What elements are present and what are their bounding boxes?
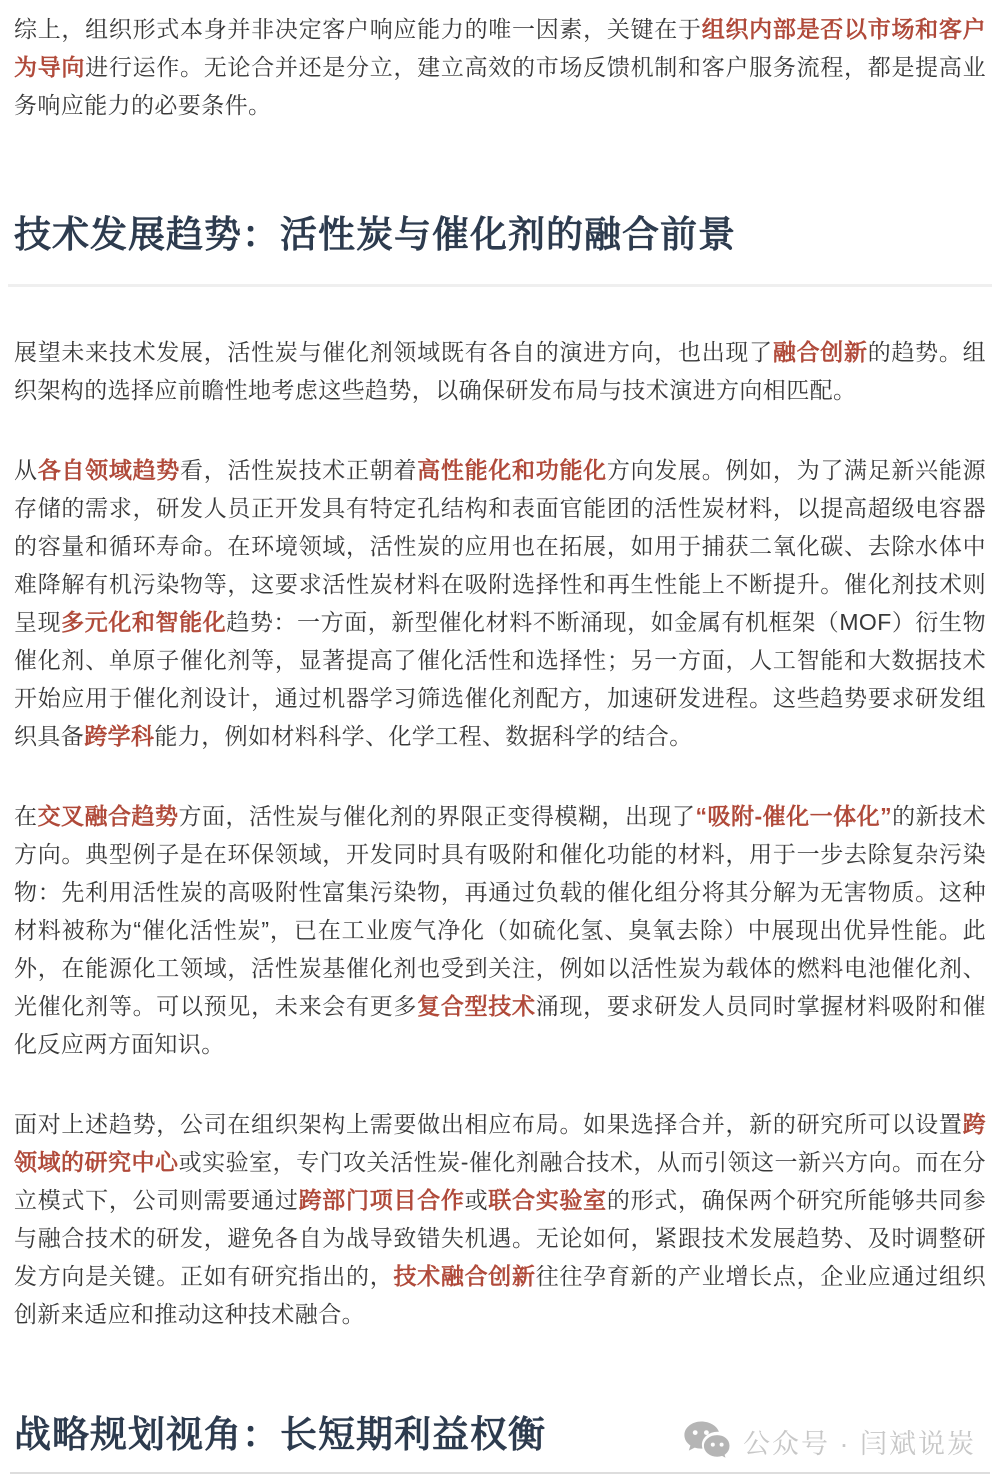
- article-page: 综上，组织形式本身并非决定客户响应能力的唯一因素，关键在于组织内部是否以市场和客…: [0, 0, 1000, 1474]
- paragraph-org-layout: 面对上述趋势，公司在组织架构上需要做出相应布局。如果选择合并，新的研究所可以设置…: [14, 1105, 986, 1333]
- section-heading-strategy: 战略规划视角：长短期利益权衡: [14, 1412, 546, 1458]
- highlighted-text: 融合创新: [773, 339, 868, 365]
- watermark-label: 公众号 · 闫斌说炭: [743, 1422, 976, 1461]
- highlighted-text: “吸附-催化一体化”: [695, 803, 892, 829]
- paragraph-summary: 综上，组织形式本身并非决定客户响应能力的唯一因素，关键在于组织内部是否以市场和客…: [14, 10, 986, 124]
- highlighted-text: 跨学科: [84, 723, 154, 749]
- wechat-icon: [683, 1420, 731, 1462]
- body-text: 或: [465, 1187, 489, 1213]
- body-text: 能力，例如材料科学、化学工程、数据科学的结合。: [154, 723, 692, 749]
- highlighted-text: 多元化和智能化: [61, 609, 226, 635]
- body-text: 在: [14, 803, 38, 829]
- body-text: 展望未来技术发展，活性炭与催化剂领域既有各自的演进方向，也出现了: [14, 339, 773, 365]
- body-text: 的新技术方向。典型例子是在环保领域，开发同时具有吸附和催化功能的材料，用于一步去…: [14, 803, 986, 1019]
- body-text: 方面，活性炭与催化剂的界限正变得模糊，出现了: [179, 803, 696, 829]
- highlighted-text: 复合型技术: [417, 993, 536, 1019]
- paragraph-cross-fusion: 在交叉融合趋势方面，活性炭与催化剂的界限正变得模糊，出现了“吸附-催化一体化”的…: [14, 797, 986, 1063]
- highlighted-text: 跨部门项目合作: [299, 1187, 465, 1213]
- body-text: 进行运作。无论合并还是分立，建立高效的市场反馈机制和客户服务流程，都是提高业务响…: [14, 54, 986, 118]
- highlighted-text: 交叉融合趋势: [38, 803, 179, 829]
- body-text: 看，活性炭技术正朝着: [180, 457, 417, 483]
- highlighted-text: 高性能化和功能化: [417, 457, 607, 483]
- highlighted-text: 联合实验室: [488, 1187, 607, 1213]
- section-divider: [8, 284, 992, 287]
- account-watermark: 公众号 · 闫斌说炭: [683, 1420, 986, 1462]
- footer-row: 战略规划视角：长短期利益权衡 公众号 · 闫斌说炭: [14, 1412, 986, 1458]
- highlighted-text: 各自领域趋势: [38, 457, 180, 483]
- body-text: 面对上述趋势，公司在组织架构上需要做出相应布局。如果选择合并，新的研究所可以设置: [14, 1111, 963, 1137]
- paragraph-outlook: 展望未来技术发展，活性炭与催化剂领域既有各自的演进方向，也出现了融合创新的趋势。…: [14, 333, 986, 409]
- section-heading-tech-trends: 技术发展趋势：活性炭与催化剂的融合前景: [14, 212, 986, 258]
- paragraph-domain-trends: 从各自领域趋势看，活性炭技术正朝着高性能化和功能化方向发展。例如，为了满足新兴能…: [14, 451, 986, 755]
- highlighted-text: 技术融合创新: [393, 1263, 535, 1289]
- body-text: 从: [14, 457, 38, 483]
- body-text: 综上，组织形式本身并非决定客户响应能力的唯一因素，关键在于: [14, 16, 702, 42]
